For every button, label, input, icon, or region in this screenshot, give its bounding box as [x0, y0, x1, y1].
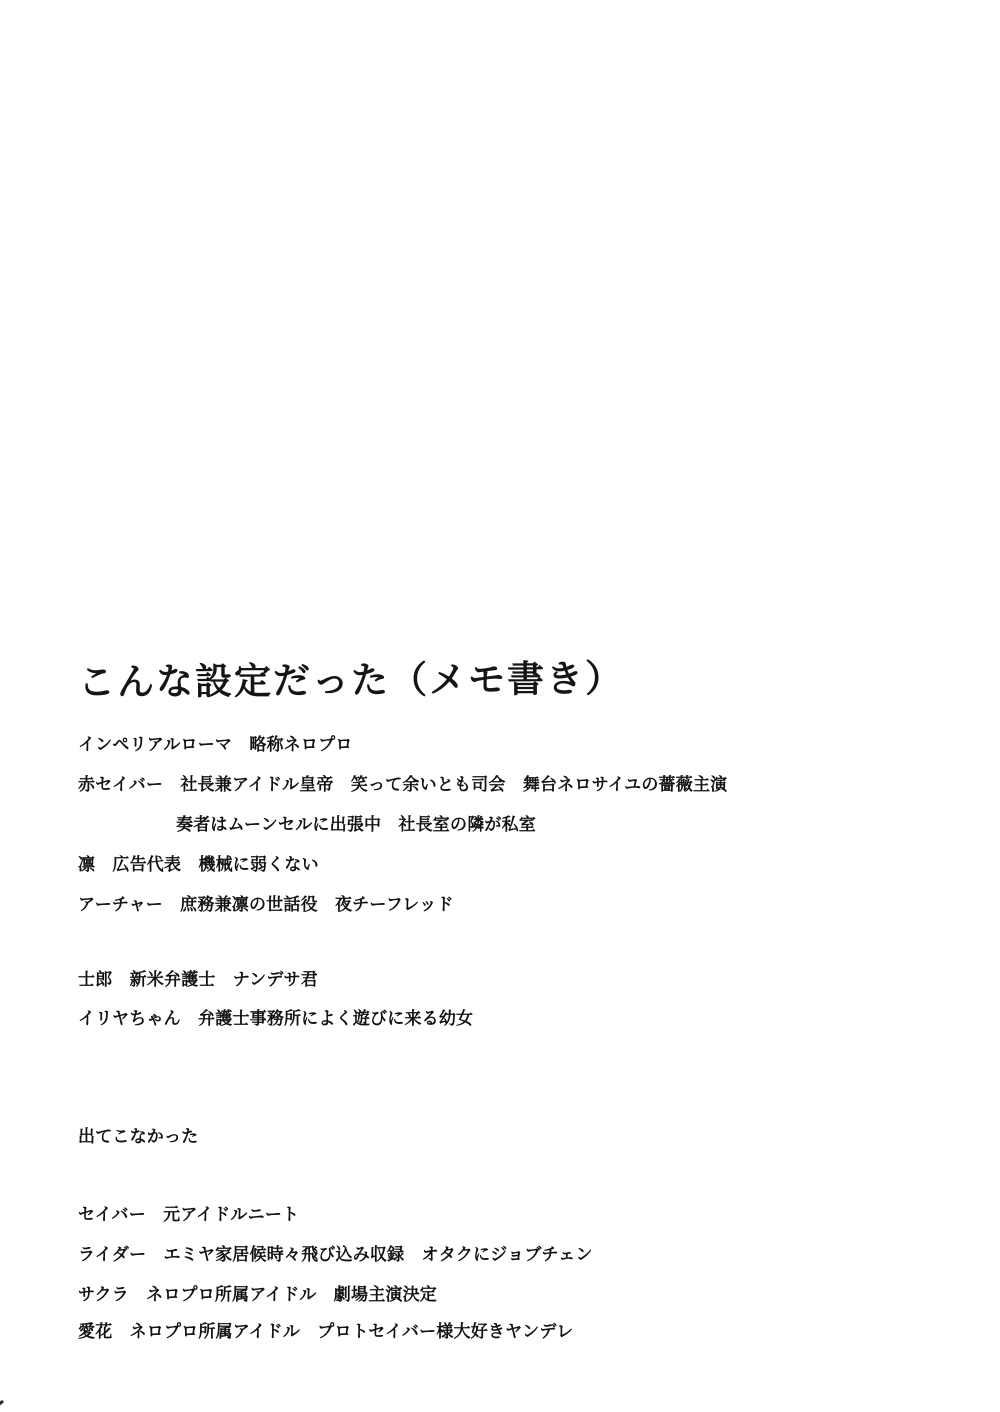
- note-line-red-saber-continued: 奏者はムーンセルに出張中 社長室の隣が私室: [176, 816, 536, 833]
- note-line-archer: アーチャー 庶務兼凛の世話役 夜チーフレッド: [78, 896, 454, 913]
- note-section-not-appeared: 出てこなかった: [78, 1128, 198, 1145]
- note-line-agency: インペリアルローマ 略称ネロプロ: [78, 736, 353, 753]
- page-corner-mark: [0, 1400, 11, 1412]
- note-line-sakura: サクラ ネロプロ所属アイドル 劇場主演決定: [78, 1286, 437, 1303]
- note-line-illya: イリヤちゃん 弁護士事務所によく遊びに来る幼女: [78, 1010, 473, 1027]
- note-line-rider: ライダー エミヤ家居候時々飛び込み収録 オタクにジョブチェン: [78, 1246, 593, 1263]
- note-line-rin: 凛 広告代表 機械に弱くない: [78, 856, 319, 873]
- page-title: こんな設定だった（メモ書き）: [78, 648, 624, 706]
- note-line-manaka: 愛花 ネロプロ所属アイドル プロトセイバー様大好きヤンデレ: [78, 1323, 573, 1340]
- note-line-shirou: 士郎 新米弁護士 ナンデサ君: [78, 971, 318, 988]
- note-line-red-saber: 赤セイバー 社長兼アイドル皇帝 笑って余いとも司会 舞台ネロサイユの薔薇主演: [78, 776, 727, 793]
- document-page: こんな設定だった（メモ書き） インペリアルローマ 略称ネロプロ 赤セイバー 社長…: [0, 0, 1000, 1412]
- note-line-saber: セイバー 元アイドルニート: [78, 1206, 299, 1223]
